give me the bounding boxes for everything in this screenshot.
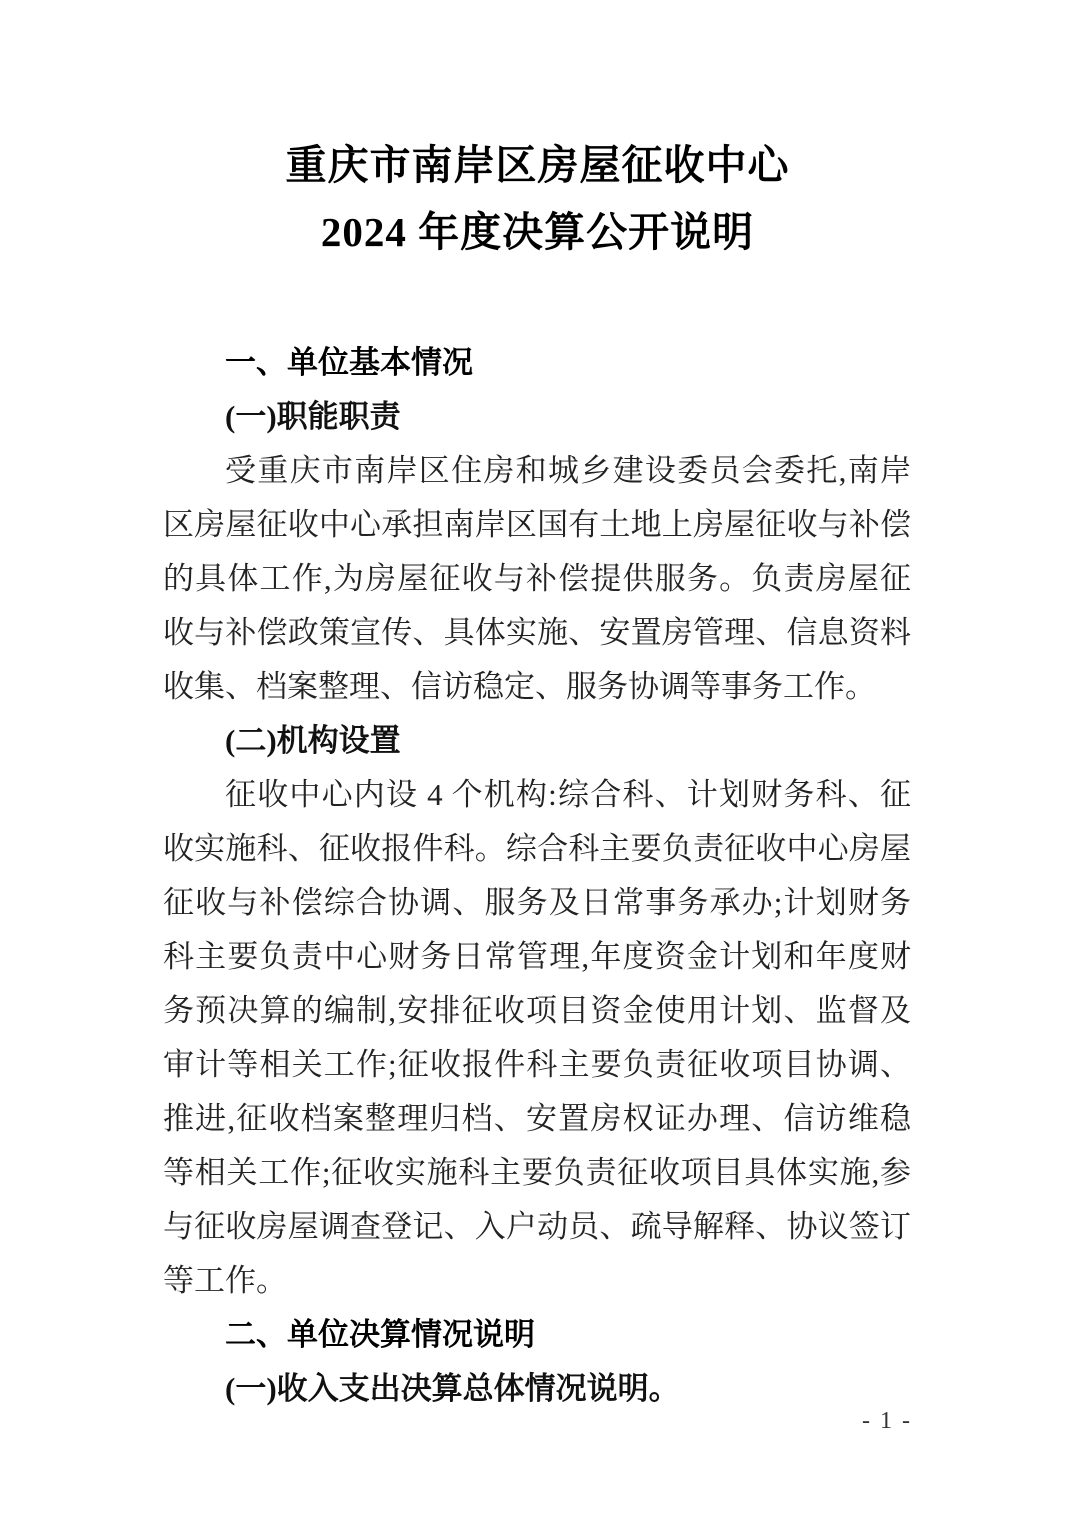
section-heading-final-accounts: 二、单位决算情况说明: [163, 1308, 911, 1362]
page-number: - 1 -: [862, 1406, 912, 1436]
subsection-heading-structure: (二)机构设置: [163, 714, 911, 768]
document-title: 重庆市南岸区房屋征收中心 2024 年度决算公开说明: [0, 132, 1075, 266]
subsection-heading-duties: (一)职能职责: [163, 390, 911, 444]
document-title-line1: 重庆市南岸区房屋征收中心: [0, 132, 1075, 199]
document-body: 一、单位基本情况 (一)职能职责 受重庆市南岸区住房和城乡建设委员会委托,南岸区…: [163, 336, 911, 1416]
paragraph-duties: 受重庆市南岸区住房和城乡建设委员会委托,南岸区房屋征收中心承担南岸区国有土地上房…: [163, 444, 911, 714]
paragraph-structure: 征收中心内设 4 个机构:综合科、计划财务科、征收实施科、征收报件科。综合科主要…: [163, 768, 911, 1308]
document-title-line2: 2024 年度决算公开说明: [0, 199, 1075, 266]
section-heading-basic-info: 一、单位基本情况: [163, 336, 911, 390]
document-page: 重庆市南岸区房屋征收中心 2024 年度决算公开说明 一、单位基本情况 (一)职…: [0, 0, 1075, 1520]
subsection-heading-income-expenditure: (一)收入支出决算总体情况说明。: [163, 1362, 911, 1416]
